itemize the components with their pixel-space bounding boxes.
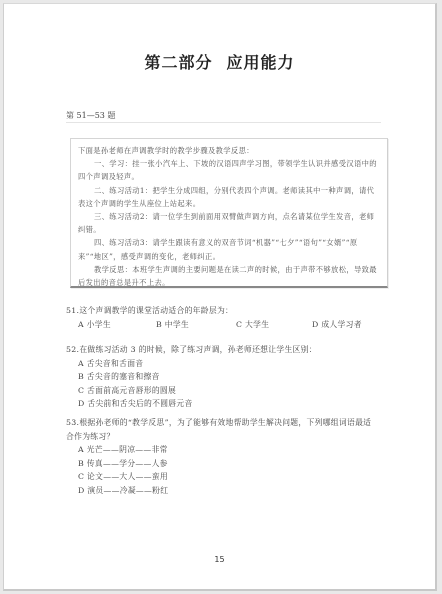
question-52: 52.在做练习活动 3 的时候，除了练习声调，孙老师还想让学生区别： A 舌尖音… (66, 343, 396, 411)
passage-paragraph: 一、学习：挂一张小汽车上、下坡的汉语四声学习图，带领学生认识并感受汉语中的四个声… (78, 157, 379, 183)
option-d[interactable]: D 成人学习者 (312, 318, 362, 332)
option-b[interactable]: B 传真——学分——人参 (78, 457, 378, 471)
option-d[interactable]: D 舌尖前和舌尖后的不圆唇元音 (78, 397, 396, 411)
question-stem: 51.这个声调教学的课堂活动适合的年龄层为： (66, 304, 396, 318)
passage-box: 下面是孙老师在声调教学时的教学步骤及教学反思： 一、学习：挂一张小汽车上、下坡的… (70, 138, 388, 288)
passage-intro: 下面是孙老师在声调教学时的教学步骤及教学反思： (78, 144, 379, 157)
section-label: 应用能力 (227, 53, 295, 72)
document-page: 第二部分应用能力 第 51—53 题 下面是孙老师在声调教学时的教学步骤及教学反… (3, 3, 437, 591)
question-53: 53.根据孙老师的“教学反思”，为了能够有效地帮助学生解决问题，下列哪组词语最适… (66, 416, 378, 497)
question-51: 51.这个声调教学的课堂活动适合的年龄层为： A 小学生 B 中学生 C 大学生… (66, 304, 396, 331)
question-group-label: 第 51—53 题 (66, 110, 115, 121)
option-a[interactable]: A 光芒——阴凉——非常 (78, 443, 378, 457)
passage-paragraph: 四、练习活动3：请学生跟读有意义的双音节词“机器”“七夕”“语句”“女婿”“原来… (78, 236, 379, 262)
option-d[interactable]: D 演员——冷凝——粉红 (78, 484, 378, 498)
passage-paragraph: 三、练习活动2：请一位学生到前面用双臂做声调方向，点名请某位学生发音，老师纠错。 (78, 210, 379, 236)
option-a[interactable]: A 舌尖音和舌面音 (78, 357, 396, 371)
passage-paragraph: 二、练习活动1：把学生分成四组，分别代表四个声调。老师读其中一种声调，请代表这个… (78, 184, 379, 210)
page-number: 15 (4, 555, 435, 564)
part-label: 第二部分 (144, 53, 212, 72)
option-c[interactable]: C 舌面前高元音唇形的圆展 (78, 384, 396, 398)
option-b[interactable]: B 舌尖音的塞音和擦音 (78, 370, 396, 384)
question-stem: 52.在做练习活动 3 的时候，除了练习声调，孙老师还想让学生区别： (66, 343, 396, 357)
option-c[interactable]: C 论文——大人——蛮用 (78, 470, 378, 484)
option-c[interactable]: C 大学生 (236, 318, 312, 332)
divider (66, 122, 381, 123)
passage-paragraph: 教学反思：本班学生声调的主要问题是在读二声的时候，由于声带不够放松，导致最后发出… (78, 263, 379, 289)
question-stem: 53.根据孙老师的“教学反思”，为了能够有效地帮助学生解决问题，下列哪组词语最适… (66, 416, 378, 443)
option-a[interactable]: A 小学生 (78, 318, 156, 332)
option-b[interactable]: B 中学生 (156, 318, 236, 332)
options: A 小学生 B 中学生 C 大学生 D 成人学习者 (78, 318, 396, 332)
section-title: 第二部分应用能力 (4, 50, 435, 73)
